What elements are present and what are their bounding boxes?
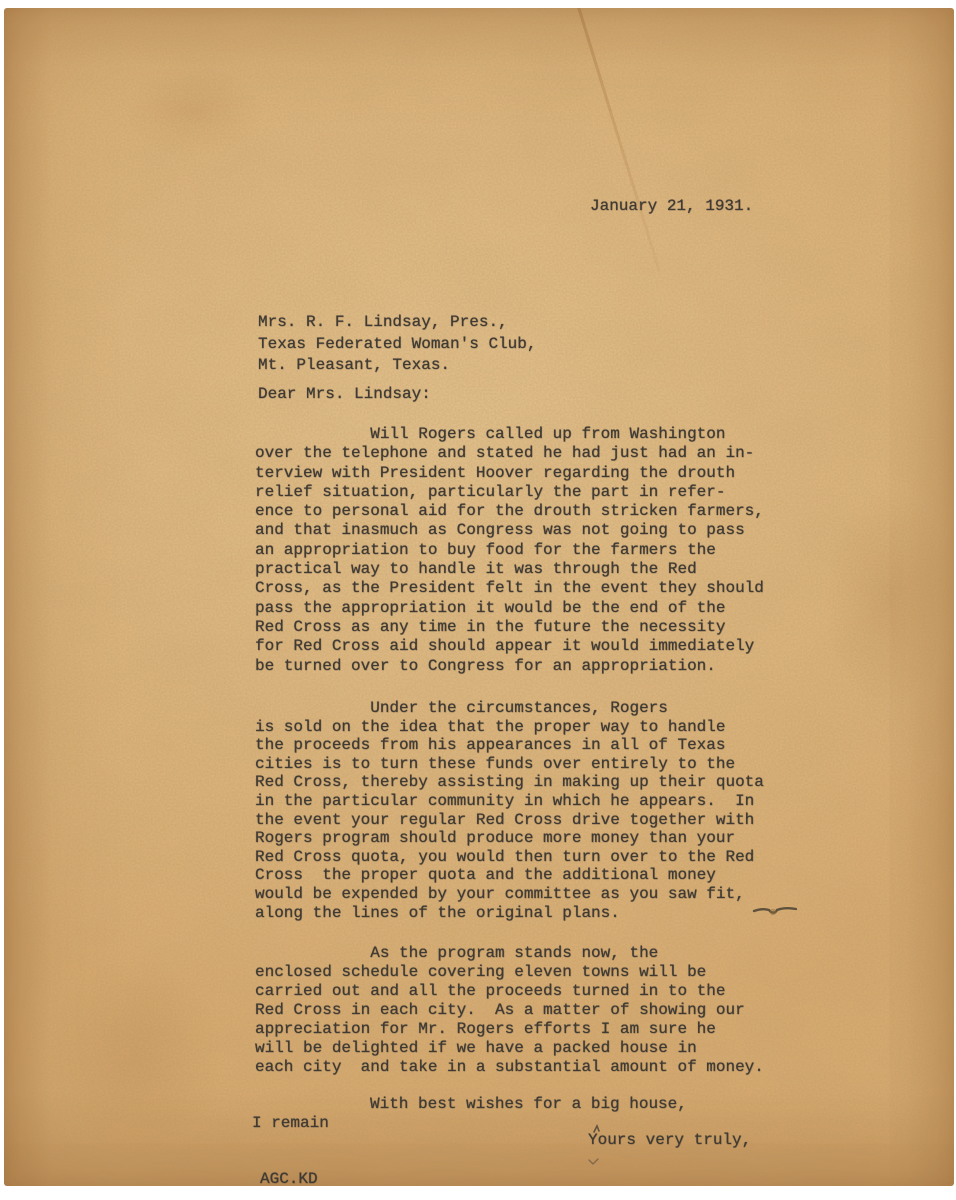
- paper-stain: [824, 488, 954, 708]
- paper-stain: [124, 68, 264, 158]
- paragraph-2: Under the circumstances, Rogers is sold …: [255, 699, 764, 922]
- closing-line: With best wishes for a big house,: [370, 1095, 687, 1114]
- stray-caret-mark: [592, 1124, 602, 1134]
- paper-stain: [44, 958, 224, 1158]
- typist-initials: AGC.KD: [260, 1170, 318, 1186]
- stray-under-mark: [588, 1158, 600, 1166]
- paragraph-3: As the program stands now, the enclosed …: [255, 944, 764, 1077]
- date-line: January 21, 1931.: [590, 197, 753, 216]
- letter-paper: January 21, 1931. Mrs. R. F. Lindsay, Pr…: [4, 8, 954, 1186]
- closing-i-remain: I remain: [252, 1114, 329, 1133]
- signoff-line: Yours very truly,: [588, 1131, 751, 1150]
- paragraph-1: Will Rogers called up from Washington ov…: [255, 425, 764, 676]
- handwritten-dash-mark: [752, 900, 800, 920]
- scan-background: { "document": { "kind": "typewritten-let…: [0, 0, 956, 1200]
- salutation: Dear Mrs. Lindsay:: [258, 385, 431, 404]
- recipient-address: Mrs. R. F. Lindsay, Pres., Texas Federat…: [258, 312, 536, 377]
- paper-crease: [570, 8, 661, 272]
